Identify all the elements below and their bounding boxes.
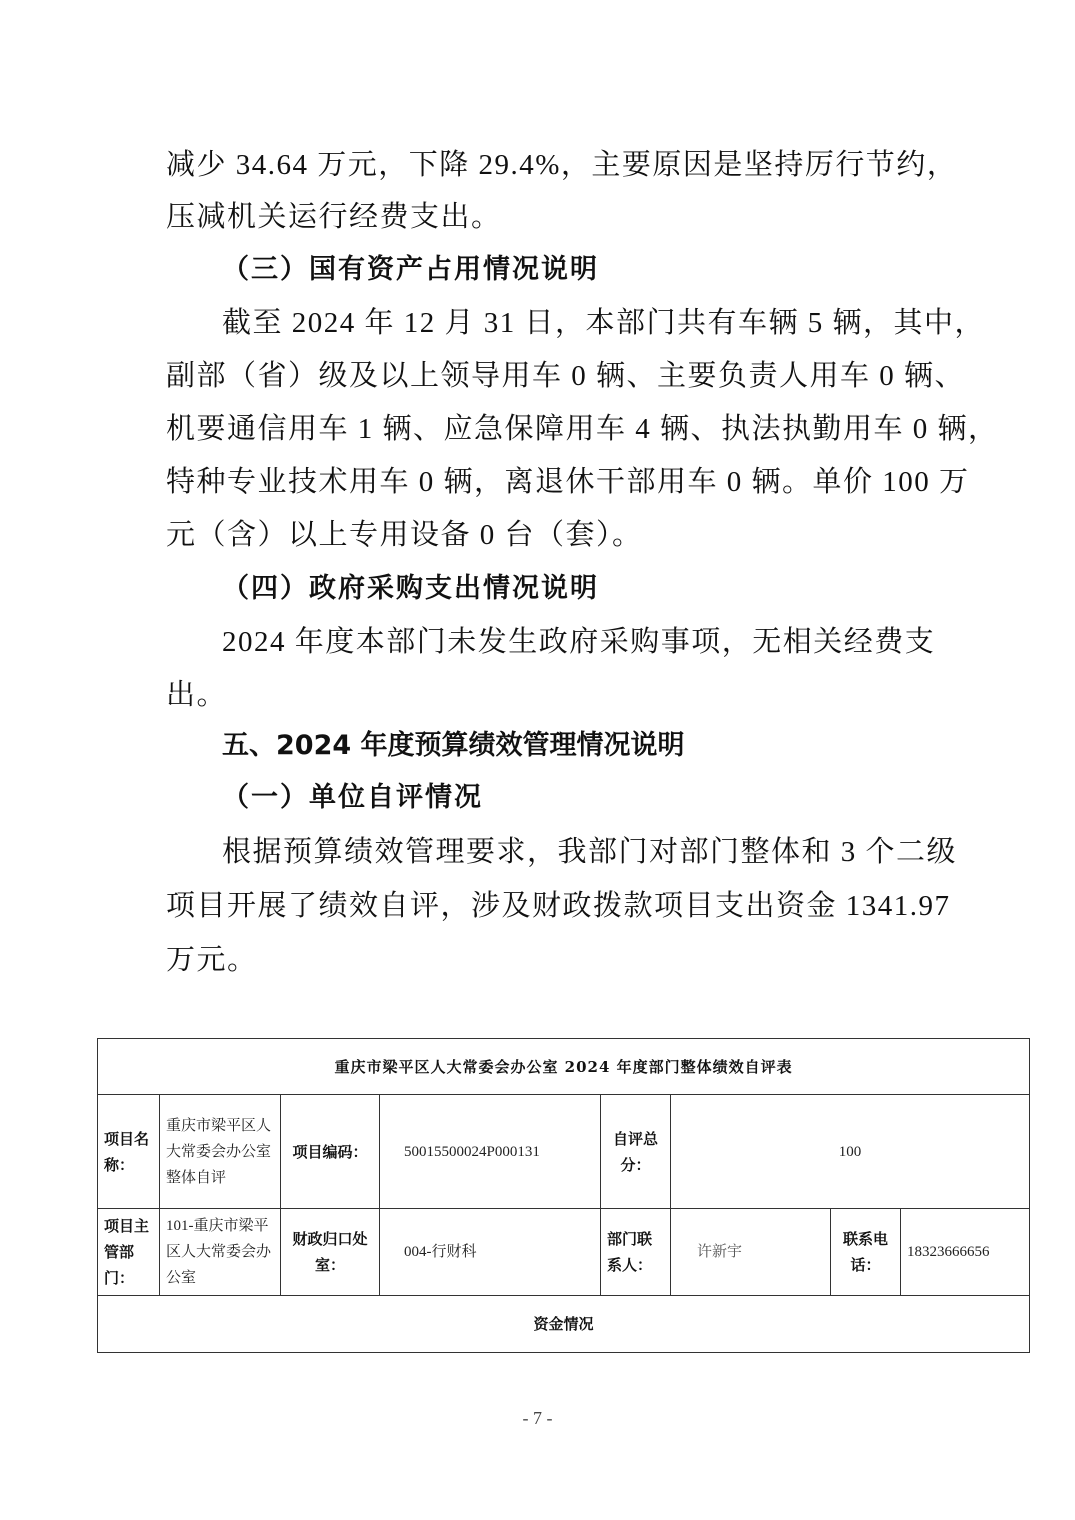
paragraph-line: 减少 34.64 万元，下降 29.4%，主要原因是坚持厉行节约， (166, 148, 957, 182)
paragraph-line: 2024 年度本部门未发生政府采购事项，无相关经费支 (222, 625, 935, 659)
paragraph-line: 副部（省）级及以上领导用车 0 辆、主要负责人用车 0 辆、 (166, 359, 965, 393)
paragraph-line: 项目开展了绩效自评，涉及财政拨款项目支出资金 1341.97 (166, 889, 951, 923)
phone-label: 联系电话： (831, 1209, 901, 1296)
page-number: - 7 - (0, 1408, 1075, 1429)
section-heading-self-eval: （一）单位自评情况 (222, 781, 483, 815)
paragraph-line: 万元。 (166, 943, 258, 977)
contact-person-label: 部门联系人： (601, 1209, 671, 1296)
self-score-label: 自评总分： (601, 1095, 671, 1209)
self-score-value: 100 (671, 1095, 1030, 1209)
finance-office-value: 004-行财科 (380, 1209, 601, 1296)
paragraph-line: 截至 2024 年 12 月 31 日，本部门共有车辆 5 辆，其中， (222, 306, 985, 340)
project-code-value: 50015500024P000131 (380, 1095, 601, 1209)
supervising-dept-label: 项目主管部门： (98, 1209, 160, 1296)
project-name-label: 项目名称： (98, 1095, 160, 1209)
paragraph-line: 出。 (166, 678, 227, 712)
phone-value: 18323666656 (901, 1209, 1030, 1296)
contact-person-value: 许新宇 (671, 1209, 831, 1296)
table-title: 重庆市梁平区人大常委会办公室 2024 年度部门整体绩效自评表 (98, 1039, 1030, 1095)
project-name-value: 重庆市梁平区人大常委会办公室整体自评 (160, 1095, 281, 1209)
section-heading-performance: 五、2024 年度预算绩效管理情况说明 (222, 729, 685, 763)
funds-section-header: 资金情况 (98, 1296, 1030, 1353)
paragraph-line: 特种专业技术用车 0 辆，离退休干部用车 0 辆。单价 100 万 (166, 465, 970, 499)
supervising-dept-value: 101-重庆市梁平区人大常委会办公室 (160, 1209, 281, 1296)
paragraph-line: 元（含）以上专用设备 0 台（套）。 (166, 518, 643, 552)
paragraph-line: 机要通信用车 1 辆、应急保障用车 4 辆、执法执勤用车 0 辆， (166, 412, 999, 446)
section-heading-procurement: （四）政府采购支出情况说明 (222, 572, 599, 606)
paragraph-line: 压减机关运行经费支出。 (166, 200, 502, 234)
section-heading-assets: （三）国有资产占用情况说明 (222, 253, 599, 287)
project-code-label: 项目编码： (281, 1095, 380, 1209)
paragraph-line: 根据预算绩效管理要求，我部门对部门整体和 3 个二级 (222, 835, 957, 869)
performance-self-eval-table: 重庆市梁平区人大常委会办公室 2024 年度部门整体绩效自评表 项目名称： 重庆… (97, 1038, 1030, 1353)
finance-office-label: 财政归口处室： (281, 1209, 380, 1296)
